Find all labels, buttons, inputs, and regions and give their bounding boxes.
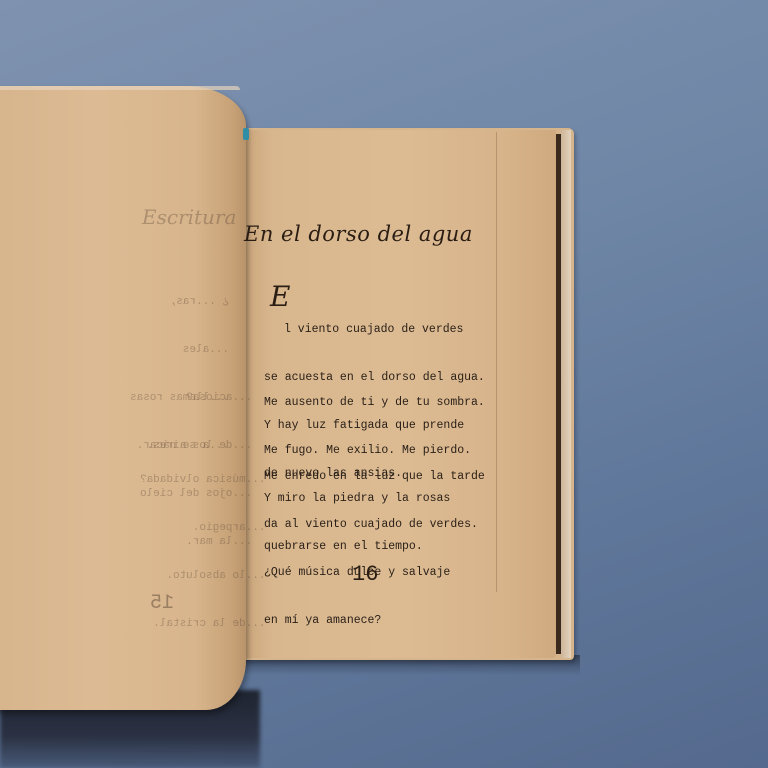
- bleed-through-stanza-3: ...música olvidada? ...arpegio. ...lo ab…: [140, 440, 265, 664]
- bleed-through-title: Escritura: [142, 205, 236, 229]
- stanza-3: Me enredo en la luz que la tarde da al v…: [264, 437, 485, 661]
- left-page-number: 15: [150, 592, 174, 615]
- poem-line: Me enredo en la luz que la tarde: [264, 469, 485, 485]
- left-page-edge: [0, 86, 240, 90]
- poem-line: en mí ya amanece?: [264, 613, 485, 629]
- poem-line: da al viento cuajado de verdes.: [264, 517, 485, 533]
- paper-fold-line: [496, 132, 497, 592]
- poem-title: En el dorso del agua: [244, 222, 473, 246]
- poem-line: Me ausento de ti y de tu sombra.: [264, 395, 485, 411]
- page-edges: [561, 130, 571, 658]
- photo-scene: Escritura ¿ ...ras, ...ales ...llamas ro…: [0, 0, 768, 768]
- poem-line: l viento cuajado de verdes: [264, 322, 485, 338]
- right-page-number: 16: [352, 562, 378, 587]
- bookmark-ribbon: [243, 128, 249, 140]
- back-cover-edge: [556, 134, 561, 654]
